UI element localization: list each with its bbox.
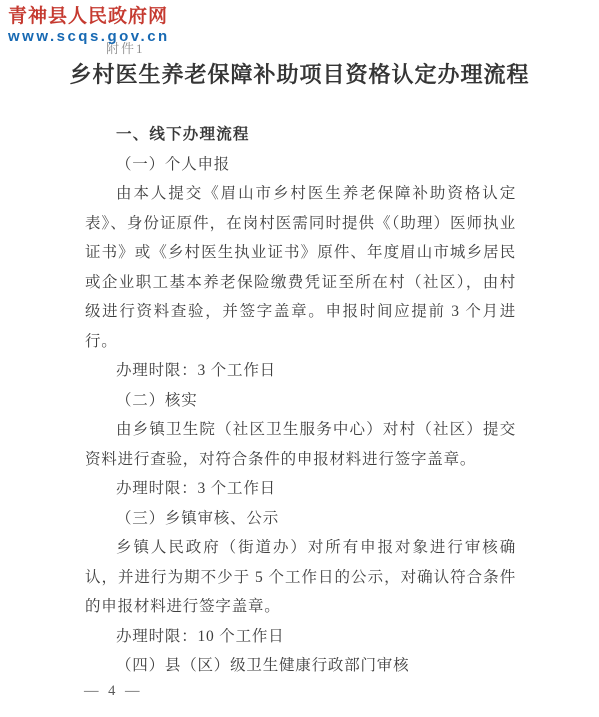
page-number: — 4 — xyxy=(84,683,143,700)
subheading-step4-county-review: （四）县（区）级卫生健康行政部门审核 xyxy=(85,651,516,681)
subheading-step3-township-review: （三）乡镇审核、公示 xyxy=(85,504,516,534)
paragraph-step2-details: 由乡镇卫生院（社区卫生服务中心）对村（社区）提交资料进行查验，对符合条件的申报材… xyxy=(85,415,516,474)
time-limit-step2: 办理时限：3 个工作日 xyxy=(85,474,516,504)
site-name: 青神县人民政府网 xyxy=(8,6,170,28)
document-body: 一、线下办理流程 （一）个人申报 由本人提交《眉山市乡村医生养老保障补助资格认定… xyxy=(85,120,516,681)
paragraph-step1-details: 由本人提交《眉山市乡村医生养老保障补助资格认定表》、身份证原件，在岗村医需同时提… xyxy=(85,179,516,356)
site-watermark: 青神县人民政府网 www.scqs.gov.cn xyxy=(8,6,170,45)
page-title: 乡村医生养老保障补助项目资格认定办理流程 xyxy=(0,58,599,89)
section-heading-offline-process: 一、线下办理流程 xyxy=(85,120,516,150)
time-limit-step1: 办理时限：3 个工作日 xyxy=(85,356,516,386)
site-url: www.scqs.gov.cn xyxy=(8,28,170,45)
subheading-step2-verification: （二）核实 xyxy=(85,386,516,416)
time-limit-step3: 办理时限：10 个工作日 xyxy=(85,622,516,652)
document-page: 附件1 青神县人民政府网 www.scqs.gov.cn 乡村医生养老保障补助项… xyxy=(0,0,599,717)
subheading-step1-personal-declaration: （一）个人申报 xyxy=(85,150,516,180)
paragraph-step3-details: 乡镇人民政府（街道办）对所有申报对象进行审核确认，并进行为期不少于 5 个工作日… xyxy=(85,533,516,622)
